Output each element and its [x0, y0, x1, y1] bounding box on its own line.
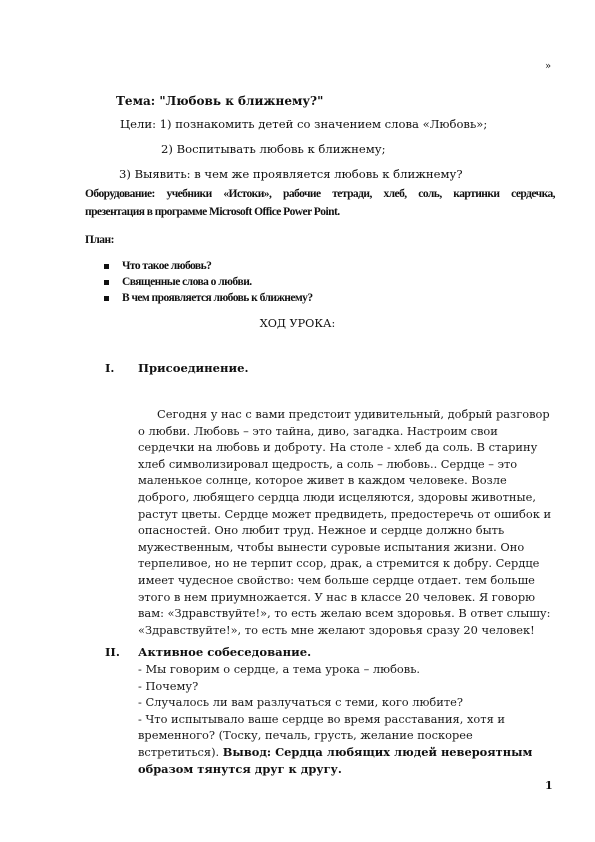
paragraph-line: терпеливое, но не терпит ссор, драк, а с…: [138, 555, 560, 572]
conclusion-text: Вывод: Сердца любящих людей невероятным: [223, 745, 533, 759]
dialogue-text: встретиться).: [138, 745, 223, 759]
dialogue-line: - Что испытывало ваше сердце во время ра…: [138, 711, 532, 728]
paragraph-line: этого в нем приумножается. У нас в класс…: [138, 589, 560, 606]
paragraph-line: маленькое солнце, которое живет в каждом…: [138, 472, 560, 489]
paragraph-line: опасностей. Оно любит труд. Нежное и сер…: [138, 522, 560, 539]
equipment-line-2: презентация в программе Microsoft Office…: [85, 206, 340, 218]
section-1-number: I.: [105, 361, 114, 375]
dialogue-line: - Случалось ли вам разлучаться с теми, к…: [138, 694, 532, 711]
lesson-topic: Тема: "Любовь к ближнему?": [116, 94, 323, 108]
section-1-paragraph: Сегодня у нас с вами предстоит удивитель…: [138, 406, 560, 638]
lesson-progress-heading: ХОД УРОКА:: [0, 317, 595, 330]
dialogue-line: - Мы говорим о сердце, а тема урока – лю…: [138, 661, 532, 678]
plan-item: Что такое любовь?: [104, 258, 313, 274]
plan-item-text: Что такое любовь?: [122, 260, 211, 272]
corner-mark: »: [545, 61, 551, 72]
conclusion-text-continued: образом тянутся друг к другу.: [138, 761, 532, 778]
paragraph-line: вам: «Здравствуйте!», то есть желаю всем…: [138, 605, 560, 622]
square-bullet-icon: [104, 264, 109, 269]
paragraph-line: о любви. Любовь – это тайна, диво, загад…: [138, 423, 560, 440]
plan-label: План:: [85, 234, 114, 246]
plan-item-text: Священные слова о любви.: [122, 276, 252, 288]
square-bullet-icon: [104, 296, 109, 301]
dialogue-line: временного? (Тоску, печаль, грусть, жела…: [138, 727, 532, 744]
paragraph-line: хлеб символизировал щедрость, а соль – л…: [138, 456, 560, 473]
goal-1: Цели: 1) познакомить детей со значением …: [120, 117, 487, 131]
plan-item-text: В чем проявляется любовь к ближнему?: [122, 292, 313, 304]
section-2-title: Активное собеседование.: [138, 645, 311, 659]
square-bullet-icon: [104, 280, 109, 285]
section-2-number: II.: [105, 645, 120, 659]
goal-2: 2) Воспитывать любовь к ближнему;: [161, 142, 385, 156]
paragraph-line: доброго, любящего сердца люди исцеляются…: [138, 489, 560, 506]
goal-3: 3) Выявить: в чем же проявляется любовь …: [119, 167, 463, 181]
section-1-title: Присоединение.: [138, 361, 249, 375]
plan-item: Священные слова о любви.: [104, 274, 313, 290]
paragraph-line: сердечки на любовь и доброту. На столе -…: [138, 439, 560, 456]
dialogue-line: встретиться). Вывод: Сердца любящих люде…: [138, 744, 532, 761]
section-2-body: - Мы говорим о сердце, а тема урока – лю…: [138, 661, 532, 777]
plan-item: В чем проявляется любовь к ближнему?: [104, 290, 313, 306]
paragraph-line: мужественным, чтобы вынести суровые испы…: [138, 539, 560, 556]
paragraph-line: растут цветы. Сердце может предвидеть, п…: [138, 506, 560, 523]
plan-list: Что такое любовь? Священные слова о любв…: [104, 258, 313, 306]
dialogue-line: - Почему?: [138, 678, 532, 695]
paragraph-line: «Здравствуйте!», то есть мне желают здор…: [138, 622, 560, 639]
paragraph-line: Сегодня у нас с вами предстоит удивитель…: [138, 406, 560, 423]
page-number: 1: [545, 779, 553, 792]
paragraph-line: имеет чудесное свойство: чем больше серд…: [138, 572, 560, 589]
equipment-line-1: Оборудование: учебники «Истоки», рабочие…: [85, 188, 555, 200]
